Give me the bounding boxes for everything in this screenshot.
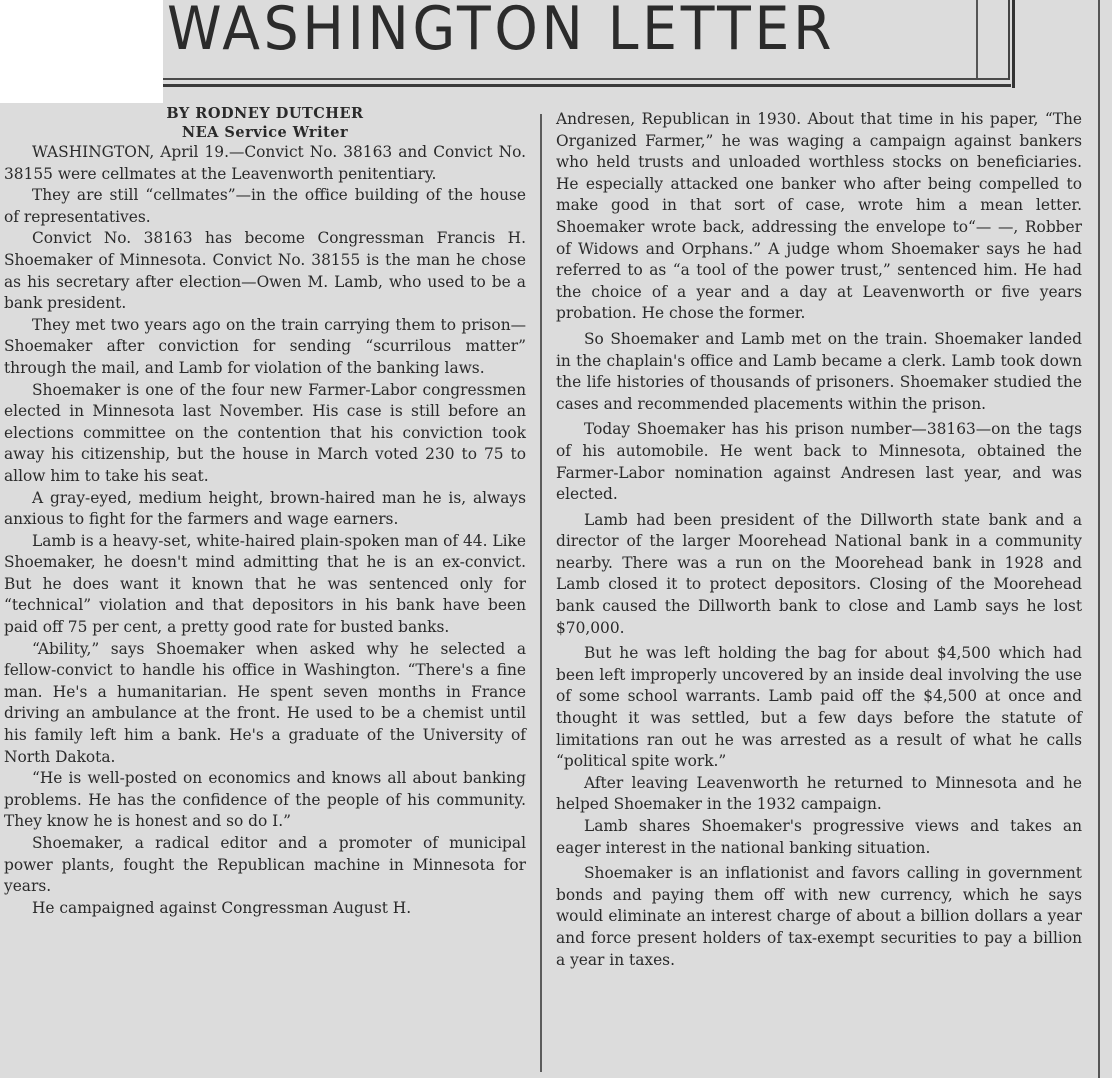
paragraph: Lamb had been president of the Dillworth…	[556, 510, 1082, 640]
page-edge-rule	[1098, 0, 1100, 1078]
masthead-title: WASHINGTON LETTER	[167, 0, 835, 64]
paragraph: But he was left holding the bag for abou…	[556, 643, 1082, 773]
paragraph: They met two years ago on the train carr…	[4, 315, 526, 380]
masthead: WASHINGTON LETTER	[163, 0, 1112, 100]
masthead-rule-top	[163, 78, 1008, 80]
paragraph: A gray-eyed, medium height, brown-haired…	[4, 488, 526, 531]
paragraph: Andresen, Republican in 1930. About that…	[556, 109, 1082, 325]
column-divider	[540, 114, 542, 1072]
masthead-frame-right-line	[1008, 0, 1010, 80]
paragraph: Today Shoemaker has his prison number—38…	[556, 419, 1082, 505]
paragraph: “He is well-posted on economics and know…	[4, 768, 526, 833]
article-right-column: Andresen, Republican in 1930. About that…	[556, 109, 1082, 971]
paragraph: “Ability,” says Shoemaker when asked why…	[4, 639, 526, 769]
paragraph: Lamb shares Shoemaker's progressive view…	[556, 816, 1082, 859]
paragraph: Shoemaker is one of the four new Farmer-…	[4, 380, 526, 488]
paragraph: After leaving Leavenworth he returned to…	[556, 773, 1082, 816]
masthead-frame-inner-line	[976, 0, 978, 78]
byline-author: BY RODNEY DUTCHER	[4, 104, 526, 123]
byline-role: NEA Service Writer	[4, 123, 526, 142]
blank-corner	[0, 0, 163, 103]
paragraph: WASHINGTON, April 19.—Convict No. 38163 …	[4, 142, 526, 185]
paragraph: Shoemaker, a radical editor and a promot…	[4, 833, 526, 898]
paragraph: He campaigned against Congressman August…	[4, 898, 526, 920]
masthead-rule-bottom	[163, 84, 1011, 87]
paragraph: Convict No. 38163 has become Congressman…	[4, 228, 526, 314]
article-left-column: BY RODNEY DUTCHER NEA Service Writer WAS…	[4, 104, 526, 919]
paragraph: Shoemaker is an inflationist and favors …	[556, 863, 1082, 971]
masthead-frame-outer-line	[1012, 0, 1015, 88]
paragraph: They are still “cellmates”—in the office…	[4, 185, 526, 228]
paragraph: Lamb is a heavy-set, white-haired plain-…	[4, 531, 526, 639]
paragraph: So Shoemaker and Lamb met on the train. …	[556, 329, 1082, 415]
